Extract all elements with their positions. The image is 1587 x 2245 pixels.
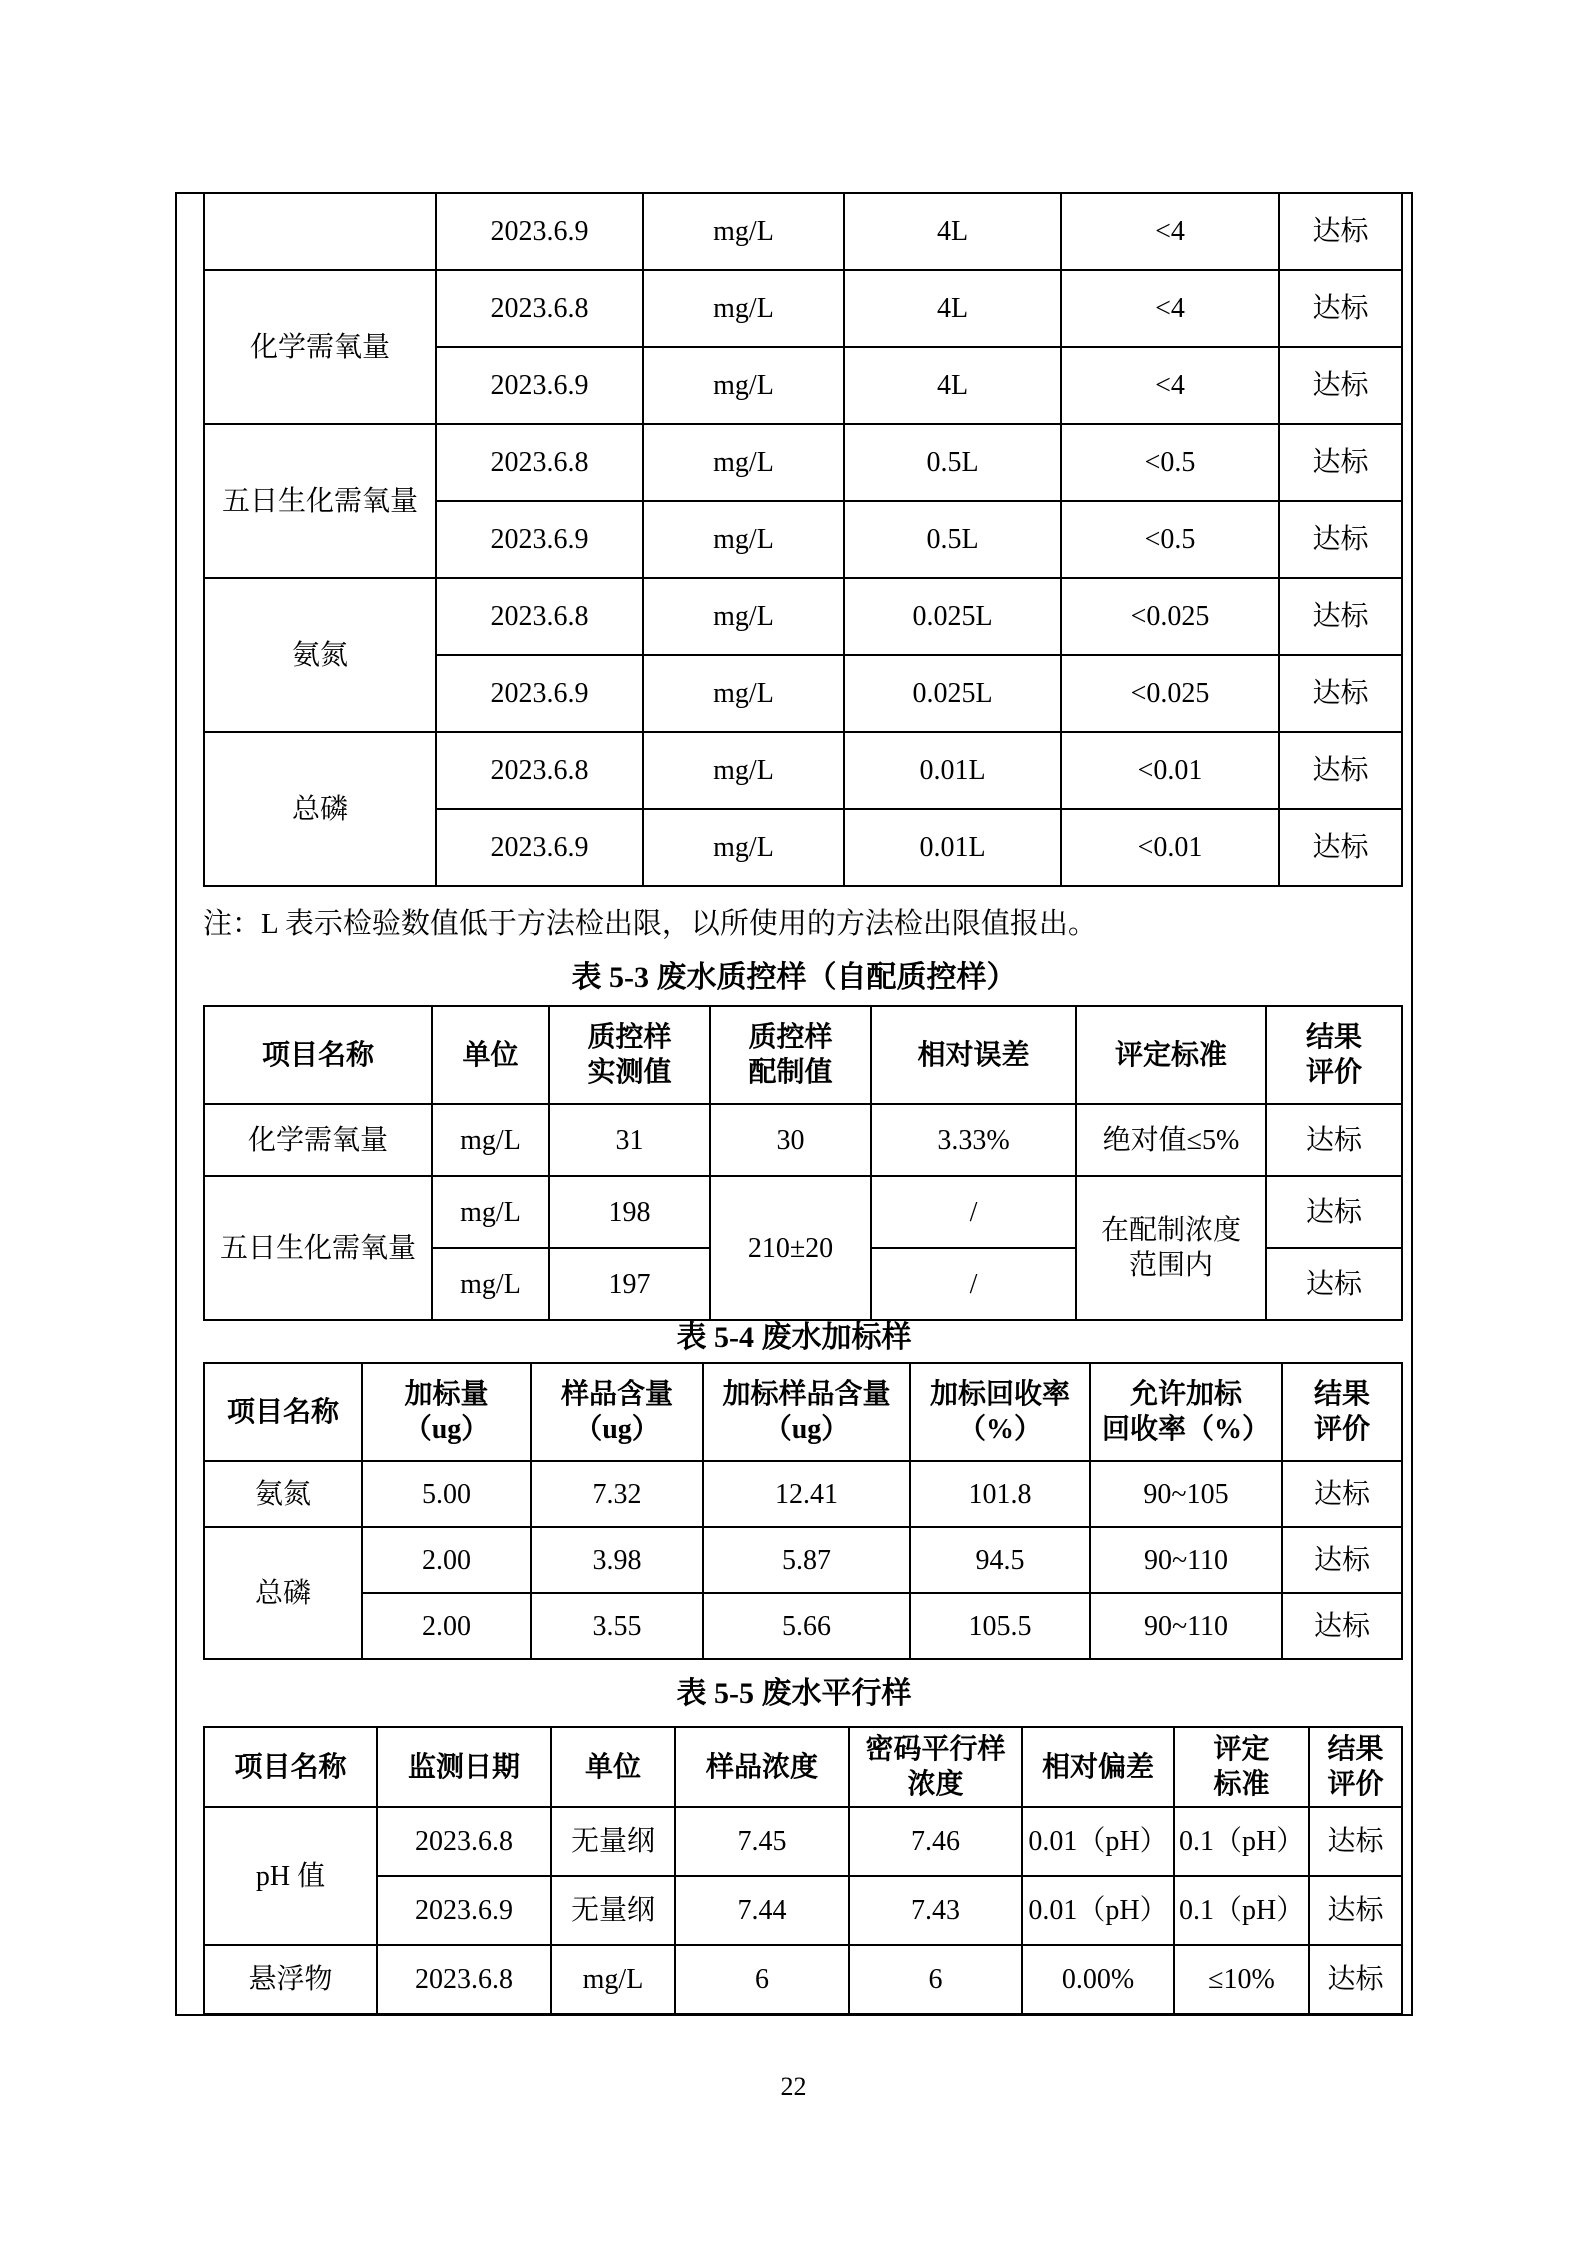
column-header: 单位 [551, 1727, 675, 1807]
table-cell: <0.025 [1061, 655, 1279, 732]
document-page: 2023.6.9mg/L4L<4达标化学需氧量2023.6.8mg/L4L<4达… [0, 0, 1587, 2245]
table-cell: 4L [844, 270, 1061, 347]
table-cell: <4 [1061, 193, 1279, 270]
table-cell: 0.1（pH） [1174, 1876, 1309, 1945]
table-cell: mg/L [643, 732, 844, 809]
wastewater-qc-sample-table: 项目名称单位质控样 实测值质控样 配制值相对误差评定标准结果 评价化学需氧量mg… [203, 1005, 1403, 1321]
wastewater-parallel-sample-table: 项目名称监测日期单位样品浓度密码平行样 浓度相对偏差评定 标准结果 评价pH 值… [203, 1726, 1403, 2015]
table-cell: 2023.6.9 [436, 193, 643, 270]
table-cell: 达标 [1266, 1248, 1402, 1320]
table-cell: 2023.6.9 [436, 347, 643, 424]
table-cell: 3.33% [871, 1104, 1076, 1176]
column-header: 样品含量 （ug） [531, 1363, 703, 1461]
table-cell: 90~110 [1090, 1527, 1282, 1593]
table-cell: 2023.6.9 [436, 655, 643, 732]
table-cell: 7.44 [675, 1876, 849, 1945]
column-header: 密码平行样 浓度 [849, 1727, 1022, 1807]
table-cell: 197 [549, 1248, 710, 1320]
table-cell: 达标 [1279, 655, 1402, 732]
table-cell: 2023.6.8 [436, 578, 643, 655]
table-cell: 0.01（pH） [1022, 1807, 1174, 1876]
table-cell: 0.1（pH） [1174, 1807, 1309, 1876]
table-cell: 2023.6.8 [377, 1945, 551, 2014]
table-cell: 达标 [1279, 270, 1402, 347]
column-header: 质控样 配制值 [710, 1006, 871, 1104]
table-footnote: 注：L 表示检验数值低于方法检出限，以所使用的方法检出限值报出。 [203, 906, 1403, 942]
table-cell: 0.01L [844, 732, 1061, 809]
table-cell: mg/L [432, 1248, 549, 1320]
table-cell: 2023.6.8 [377, 1807, 551, 1876]
table-cell: 无量纲 [551, 1807, 675, 1876]
column-header: 相对偏差 [1022, 1727, 1174, 1807]
table-cell: 6 [675, 1945, 849, 2014]
table-cell: 化学需氧量 [204, 270, 436, 424]
table-cell: 达标 [1279, 347, 1402, 424]
table-cell: mg/L [643, 347, 844, 424]
column-header: 样品浓度 [675, 1727, 849, 1807]
table-cell: mg/L [643, 193, 844, 270]
table-cell: 4L [844, 347, 1061, 424]
table-cell: 2023.6.8 [436, 424, 643, 501]
table-cell: 5.87 [703, 1527, 910, 1593]
table-cell: 0.5L [844, 424, 1061, 501]
table-cell: mg/L [643, 809, 844, 886]
table-cell: 总磷 [204, 1527, 362, 1659]
table-cell: 达标 [1282, 1527, 1402, 1593]
column-header: 结果 评价 [1266, 1006, 1402, 1104]
table-cell: <0.5 [1061, 424, 1279, 501]
table-cell: 101.8 [910, 1461, 1090, 1527]
table-cell: 0.01（pH） [1022, 1876, 1174, 1945]
column-header: 评定标准 [1076, 1006, 1266, 1104]
table-cell: 6 [849, 1945, 1022, 2014]
table-cell: 达标 [1279, 809, 1402, 886]
table-cell: 在配制浓度 范围内 [1076, 1176, 1266, 1320]
table-cell: 12.41 [703, 1461, 910, 1527]
column-header: 允许加标 回收率（%） [1090, 1363, 1282, 1461]
column-header: 加标样品含量 （ug） [703, 1363, 910, 1461]
column-header: 相对误差 [871, 1006, 1076, 1104]
table-cell: 达标 [1309, 1807, 1402, 1876]
table-cell: pH 值 [204, 1807, 377, 1945]
table-cell: 7.46 [849, 1807, 1022, 1876]
table-cell: <0.01 [1061, 809, 1279, 886]
table-cell: <4 [1061, 347, 1279, 424]
table-cell: 5.66 [703, 1593, 910, 1659]
table-cell: 30 [710, 1104, 871, 1176]
column-header: 项目名称 [204, 1006, 432, 1104]
table-cell: 2023.6.9 [377, 1876, 551, 1945]
column-header: 质控样 实测值 [549, 1006, 710, 1104]
table-cell: 达标 [1309, 1945, 1402, 2014]
table-cell: 0.5L [844, 501, 1061, 578]
table-cell: 2023.6.9 [436, 809, 643, 886]
table-cell: 达标 [1282, 1593, 1402, 1659]
column-header: 结果 评价 [1282, 1363, 1402, 1461]
table-cell: 悬浮物 [204, 1945, 377, 2014]
table-cell: 90~105 [1090, 1461, 1282, 1527]
table-cell: 3.98 [531, 1527, 703, 1593]
table-cell: mg/L [643, 270, 844, 347]
column-header: 结果 评价 [1309, 1727, 1402, 1807]
table-cell: / [871, 1176, 1076, 1248]
table-cell: 3.55 [531, 1593, 703, 1659]
page-number: 22 [0, 2072, 1587, 2102]
table-cell: 210±20 [710, 1176, 871, 1320]
table-cell: mg/L [643, 578, 844, 655]
table-cell: 达标 [1279, 732, 1402, 809]
table-cell: 化学需氧量 [204, 1104, 432, 1176]
table-cell: 0.025L [844, 578, 1061, 655]
table-cell: 7.45 [675, 1807, 849, 1876]
table-cell: <0.5 [1061, 501, 1279, 578]
table-cell: 达标 [1309, 1876, 1402, 1945]
table-cell: 五日生化需氧量 [204, 424, 436, 578]
table-cell: 达标 [1282, 1461, 1402, 1527]
table-cell: 5.00 [362, 1461, 531, 1527]
table-cell: 2.00 [362, 1593, 531, 1659]
table-cell: mg/L [551, 1945, 675, 2014]
table-cell: <0.025 [1061, 578, 1279, 655]
table-cell: <0.01 [1061, 732, 1279, 809]
table-cell: mg/L [643, 655, 844, 732]
table-cell [204, 193, 436, 270]
table-cell: 2023.6.9 [436, 501, 643, 578]
table-cell: ≤10% [1174, 1945, 1309, 2014]
table-cell: 4L [844, 193, 1061, 270]
table-cell: 无量纲 [551, 1876, 675, 1945]
table-cell: <4 [1061, 270, 1279, 347]
table-cell: 0.025L [844, 655, 1061, 732]
table-cell: 0.00% [1022, 1945, 1174, 2014]
table-cell: / [871, 1248, 1076, 1320]
table-cell: 198 [549, 1176, 710, 1248]
column-header: 评定 标准 [1174, 1727, 1309, 1807]
table-cell: 7.43 [849, 1876, 1022, 1945]
table-cell: 绝对值≤5% [1076, 1104, 1266, 1176]
table-cell: mg/L [432, 1176, 549, 1248]
table-cell: 7.32 [531, 1461, 703, 1527]
table-5-4-title: 表 5-4 废水加标样 [175, 1318, 1413, 1358]
column-header: 项目名称 [204, 1727, 377, 1807]
table-cell: 总磷 [204, 732, 436, 886]
table-cell: 90~110 [1090, 1593, 1282, 1659]
table-cell: mg/L [643, 424, 844, 501]
wastewater-spiked-sample-table: 项目名称加标量 （ug）样品含量 （ug）加标样品含量 （ug）加标回收率 （%… [203, 1362, 1403, 1660]
table-cell: 31 [549, 1104, 710, 1176]
table-cell: 五日生化需氧量 [204, 1176, 432, 1320]
table-cell: 105.5 [910, 1593, 1090, 1659]
table-cell: 氨氮 [204, 578, 436, 732]
table-cell: 达标 [1279, 424, 1402, 501]
table-5-3-title: 表 5-3 废水质控样（自配质控样） [175, 958, 1413, 998]
table-cell: mg/L [432, 1104, 549, 1176]
column-header: 项目名称 [204, 1363, 362, 1461]
table-cell: 2023.6.8 [436, 270, 643, 347]
table-5-5-title: 表 5-5 废水平行样 [175, 1674, 1413, 1714]
table-cell: 达标 [1279, 578, 1402, 655]
table-cell: 达标 [1279, 193, 1402, 270]
table-cell: mg/L [643, 501, 844, 578]
table-cell: 2023.6.8 [436, 732, 643, 809]
table-cell: 达标 [1266, 1104, 1402, 1176]
monitoring-results-table-continued: 2023.6.9mg/L4L<4达标化学需氧量2023.6.8mg/L4L<4达… [203, 192, 1403, 887]
table-cell: 2.00 [362, 1527, 531, 1593]
column-header: 加标量 （ug） [362, 1363, 531, 1461]
column-header: 加标回收率 （%） [910, 1363, 1090, 1461]
table-cell: 达标 [1279, 501, 1402, 578]
column-header: 监测日期 [377, 1727, 551, 1807]
table-cell: 氨氮 [204, 1461, 362, 1527]
table-cell: 达标 [1266, 1176, 1402, 1248]
table-cell: 0.01L [844, 809, 1061, 886]
column-header: 单位 [432, 1006, 549, 1104]
table-cell: 94.5 [910, 1527, 1090, 1593]
